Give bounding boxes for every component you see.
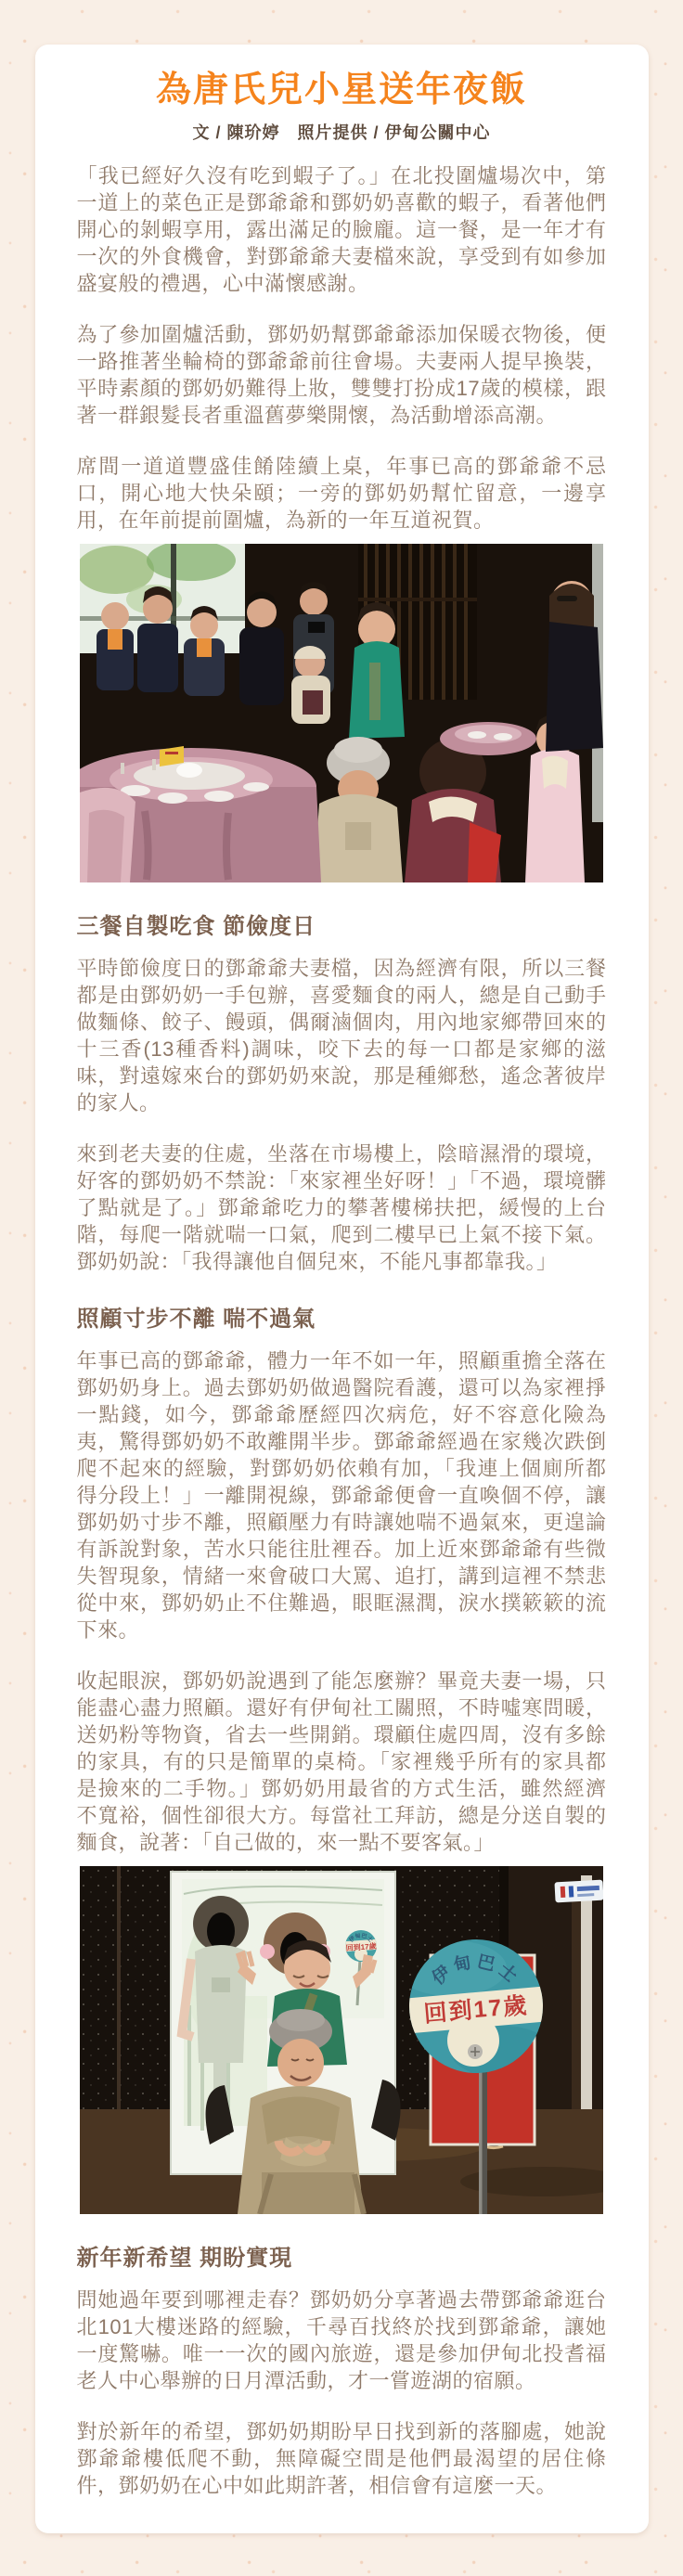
section2-paragraph-1: 年事已高的鄧爺爺，體力一年不如一年，照顧重擔全落在鄧奶奶身上。過去鄧奶奶做過醫院… [77,1347,607,1643]
page-title: 為唐氏兒小星送年夜飯 [77,69,607,113]
section2-paragraph-2: 收起眼淚，鄧奶奶說遇到了能怎麼辦？畢竟夫妻一場，只能盡心盡力照顧。還好有伊甸社工… [77,1668,607,1856]
section-heading-2: 照顧寸步不離 喘不過氣 [77,1306,607,1333]
section3-paragraph-2: 對於新年的希望，鄧奶奶期盼早日找到新的落腳處，她說鄧爺爺樓低爬不動，無障礙空間是… [77,2418,607,2499]
section-heading-1: 三餐自製吃食 節儉度日 [77,913,607,941]
section1-paragraph-2: 來到老夫妻的住處，坐落在市場樓上，陰暗濕滑的環境，好客的鄧奶奶不禁說：「來家裡坐… [77,1140,607,1275]
photo-couple-busstop: 伊甸巴士 回到17歲 [80,1866,603,2214]
page: { "page": { "title": "為唐氏兒小星送年夜飯", "byli… [0,0,683,2576]
person-beanie-granny [291,646,330,724]
byline: 文 / 陳玠婷 照片提供 / 伊甸公關中心 [77,122,607,145]
section-heading-3: 新年新希望 期盼實現 [77,2245,607,2273]
restroom-sign [554,1879,603,1902]
person-volunteer-2 [137,586,178,692]
photo-banquet-scene [80,544,603,882]
busstop-illustration: 伊甸巴士 回到17歲 [80,1866,603,2214]
section1-paragraph-1: 平時節儉度日的鄧爺爺夫妻檔，因為經濟有限，所以三餐都是由鄧奶奶一手包辦，喜愛麵食… [77,955,607,1116]
chair-pink-cover [80,788,135,882]
banquet-table-right [440,722,536,755]
intro-paragraph-1: 「我已經好久沒有吃到蝦子了。」在北投圍爐場次中，第一道上的菜色正是鄧爺爺和鄧奶奶… [77,162,607,297]
banquet-illustration [80,544,603,882]
article-card: 為唐氏兒小星送年夜飯 文 / 陳玠婷 照片提供 / 伊甸公關中心 「我已經好久沒… [35,45,649,2533]
wall-seam [117,1866,121,2112]
person-volunteer-1 [97,602,134,690]
intro-paragraph-3: 席間一道道豐盛佳餚陸續上桌，年事已高的鄧爺爺不忌口，開心地大快朵頤；一旁的鄧奶奶… [77,453,607,534]
section3-paragraph-1: 問她過年要到哪裡走春？鄧奶奶分享著過去帶鄧爺爺逛台北101大樓迷路的經驗，千尋百… [77,2286,607,2394]
intro-paragraph-2: 為了參加圍爐活動，鄧奶奶幫鄧爺爺添加保暖衣物後，便一路推著坐輪椅的鄧爺爺前往會場… [77,321,607,429]
